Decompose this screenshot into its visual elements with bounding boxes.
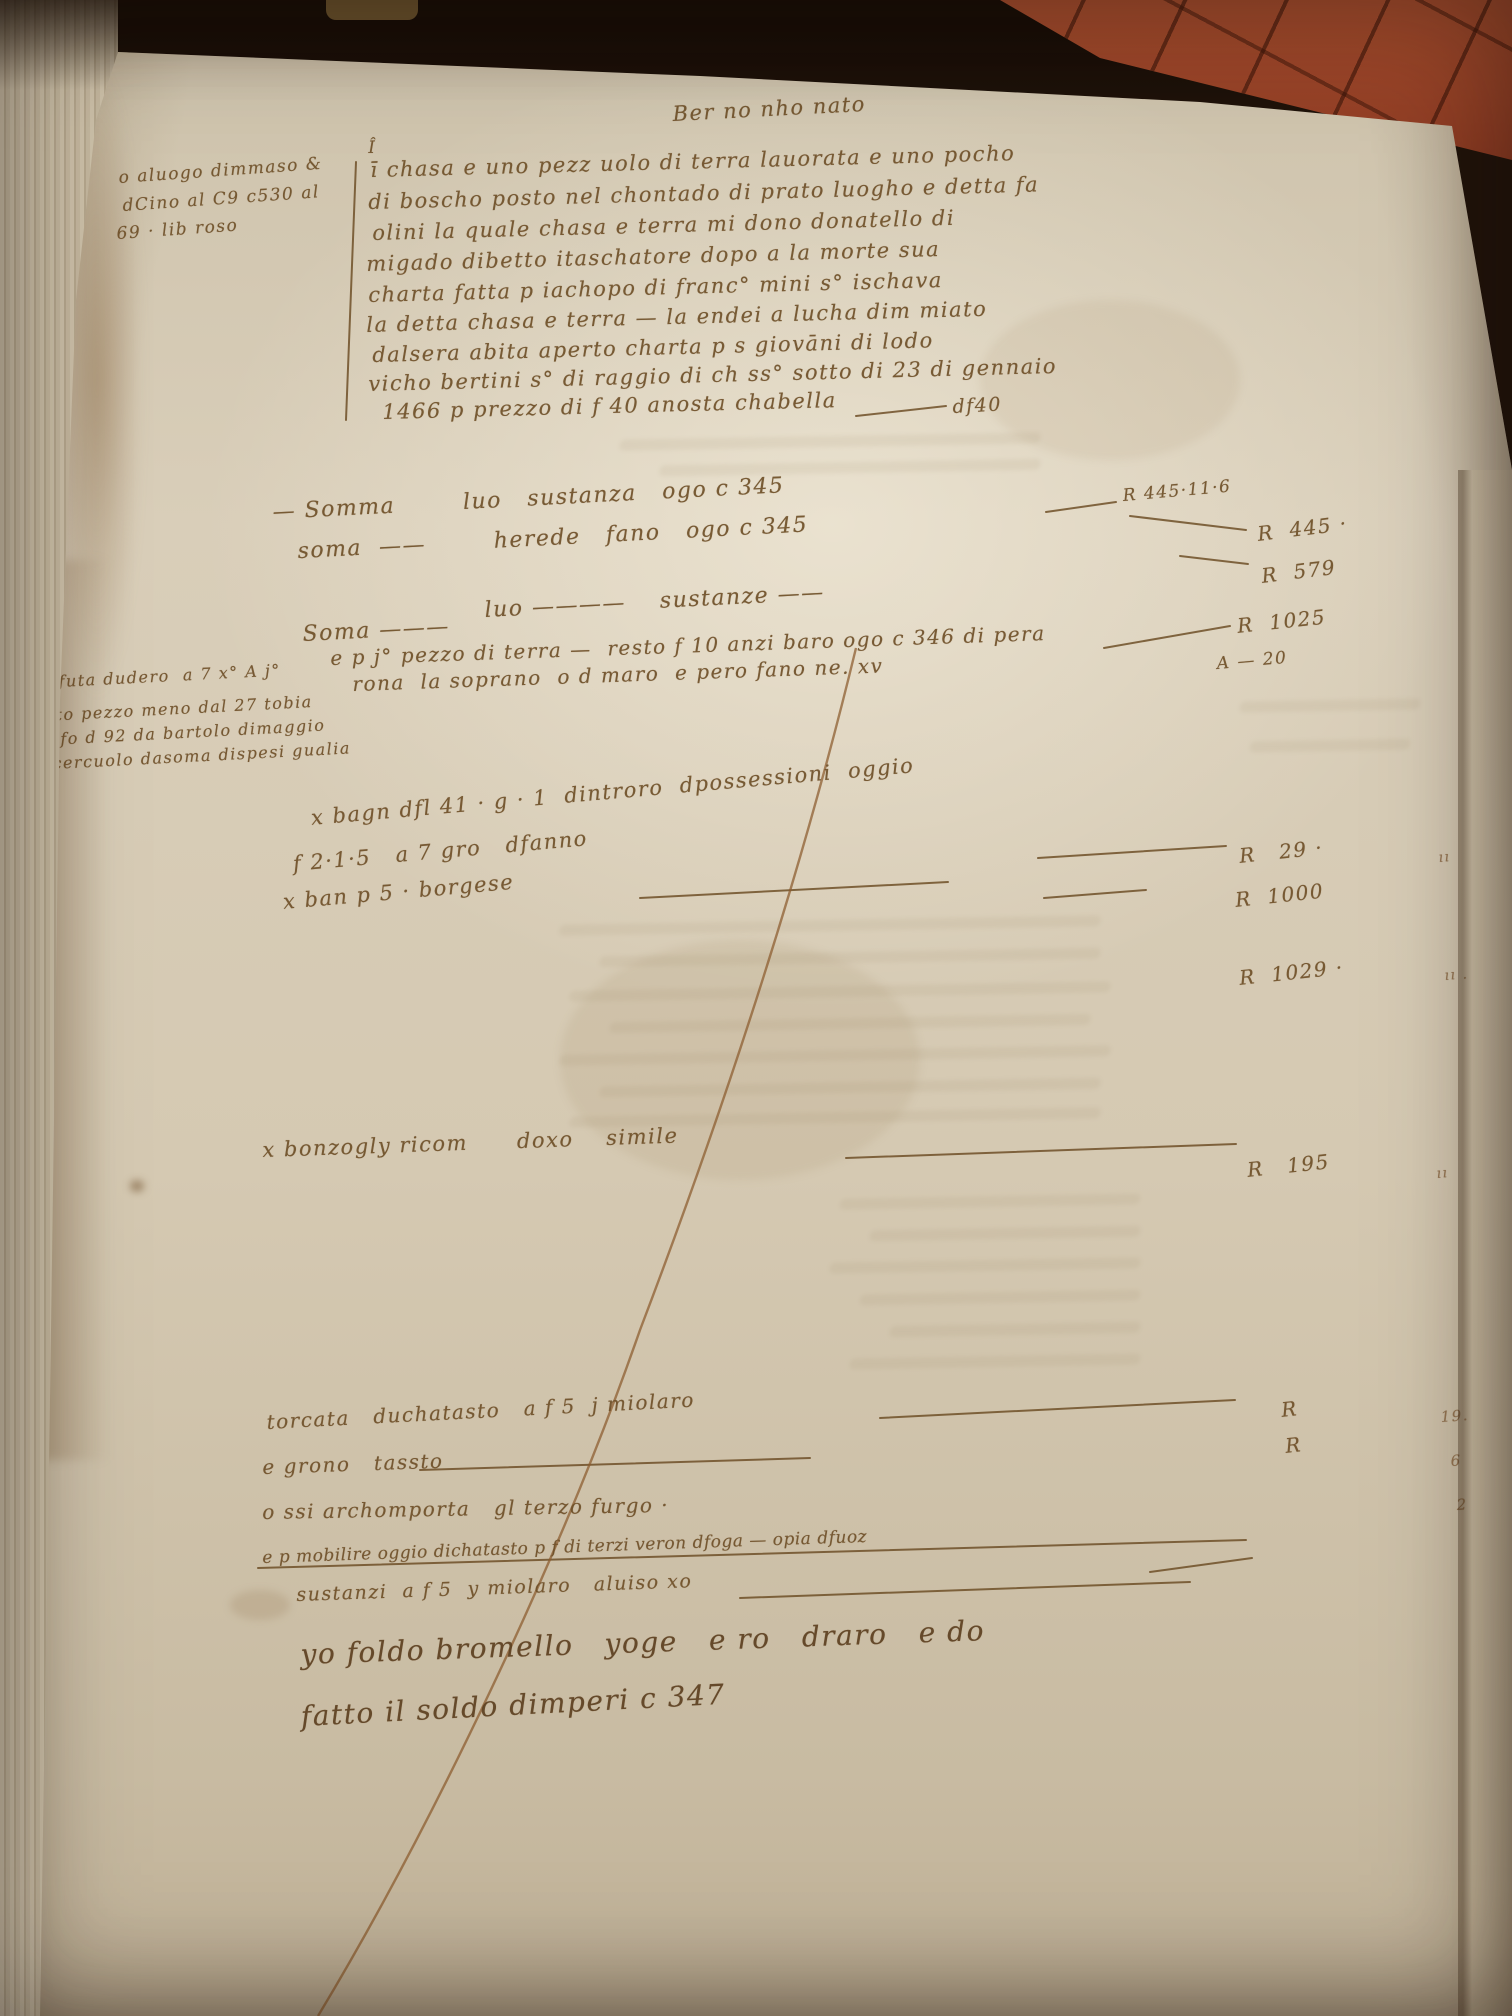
bleedthrough-mark	[829, 1257, 1141, 1273]
bottom-note-line: yo foldo bromello yoge e ro draro e do	[300, 1614, 985, 1671]
amount-entry: R 1029 ·	[1238, 955, 1345, 990]
amount-entry: R	[1280, 1396, 1299, 1422]
edge-mark: ıı	[1436, 1165, 1449, 1182]
bleedthrough-mark	[659, 459, 1041, 477]
page-heading: Ber no nho nato	[672, 92, 866, 126]
summary-line: luo ———— sustanze ——	[484, 580, 825, 623]
bleedthrough-mark	[859, 1290, 1141, 1306]
insertion-caret: Î	[368, 138, 377, 158]
amount-entry: R 445 ·	[1256, 511, 1349, 546]
amount-entry: R 1000	[1234, 879, 1325, 912]
amount-entry: R 195	[1246, 1149, 1331, 1182]
ink-spot	[130, 1180, 144, 1192]
bleedthrough-mark	[839, 1193, 1141, 1209]
entry-line: sustanzi a f 5 y miolaro aluiso xo	[296, 1570, 693, 1606]
amount-entry: A — 20	[1216, 648, 1288, 674]
bleedthrough-mark	[849, 1353, 1141, 1369]
margin-note-line: o aluogo dimmaso &	[118, 154, 323, 188]
entry-line: x ban p 5 · borgese	[282, 870, 515, 914]
amount-entry: R	[1284, 1432, 1303, 1458]
table-edge-detail	[326, 0, 418, 20]
amount-entry: R 579	[1260, 555, 1337, 588]
entry-line: f 2·1·5 a 7 gro dfanno	[292, 826, 589, 876]
bleedthrough-mark	[1249, 739, 1411, 753]
margin-note-line: dCino al C9 c530 al	[122, 182, 320, 216]
entry-line: x bagn dfl 41 · g · 1 dintroro dpossessi…	[310, 753, 915, 830]
amount-value: df40	[952, 393, 1002, 418]
amount-entry: R 445·11·6	[1122, 477, 1232, 506]
manuscript-page: Ber no nho nato o aluogo dimmaso & dCino…	[0, 0, 1512, 2016]
amount-entry: R 29 ·	[1238, 835, 1324, 868]
entry-line: x bonzogly ricom doxo simile	[262, 1123, 679, 1162]
bleedthrough-mark	[1239, 698, 1421, 712]
entry-line: torcata duchatasto a f 5 j miolaro	[266, 1388, 695, 1434]
bleedthrough-mark	[559, 915, 1102, 935]
entry-line: o ssi archomporta gl terzo furgo ·	[262, 1493, 669, 1524]
bleedthrough-mark	[889, 1322, 1141, 1337]
entry-line-struck: e p mobilire oggio dichatasto p f di ter…	[262, 1527, 867, 1568]
bleedthrough-mark	[869, 1226, 1141, 1242]
adjacent-page-edge	[1458, 470, 1512, 2016]
parchment-stain	[230, 1590, 290, 1620]
manuscript-photo: Ber no nho nato o aluogo dimmaso & dCino…	[0, 0, 1512, 2016]
amount-entry: R 1025	[1236, 605, 1327, 638]
bleedthrough-mark	[619, 432, 1041, 450]
bottom-note-line: fatto il soldo dimperi c 347	[300, 1678, 726, 1733]
entry-line: e grono tassto	[262, 1449, 444, 1479]
edge-mark: ıı	[1438, 849, 1451, 866]
